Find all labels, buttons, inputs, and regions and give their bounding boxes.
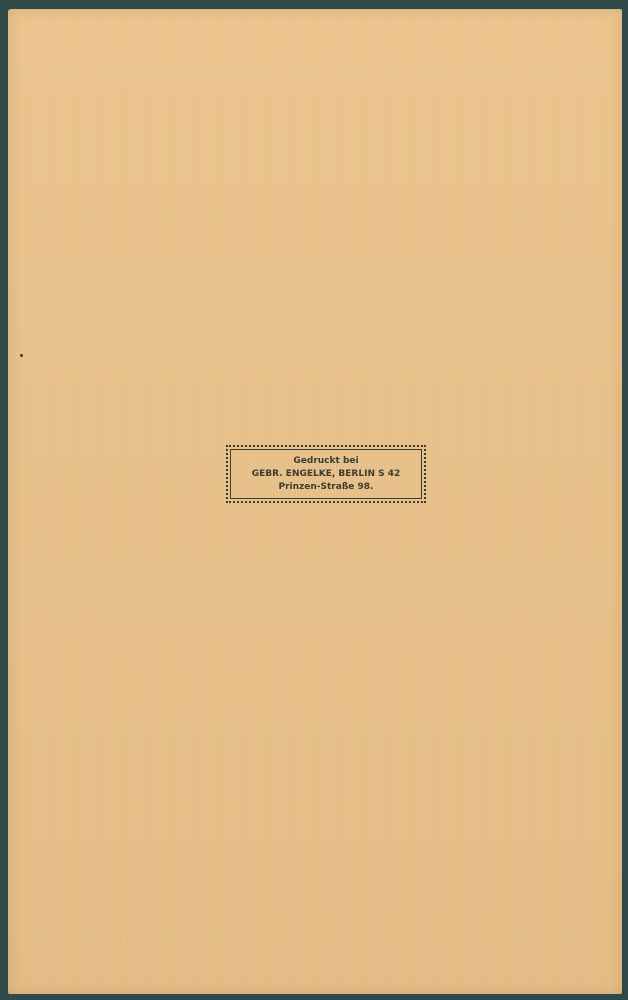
printer-imprint-box: Gedruckt bei GEBR. ENGELKE, BERLIN S 42 …: [226, 445, 426, 503]
imprint-line-1: Gedruckt bei: [293, 455, 358, 468]
imprint-line-3: Prinzen-Straße 98.: [279, 481, 374, 494]
book-back-cover: Gedruckt bei GEBR. ENGELKE, BERLIN S 42 …: [8, 9, 622, 994]
imprint-line-2: GEBR. ENGELKE, BERLIN S 42: [252, 468, 401, 481]
paper-speck: [20, 354, 23, 357]
